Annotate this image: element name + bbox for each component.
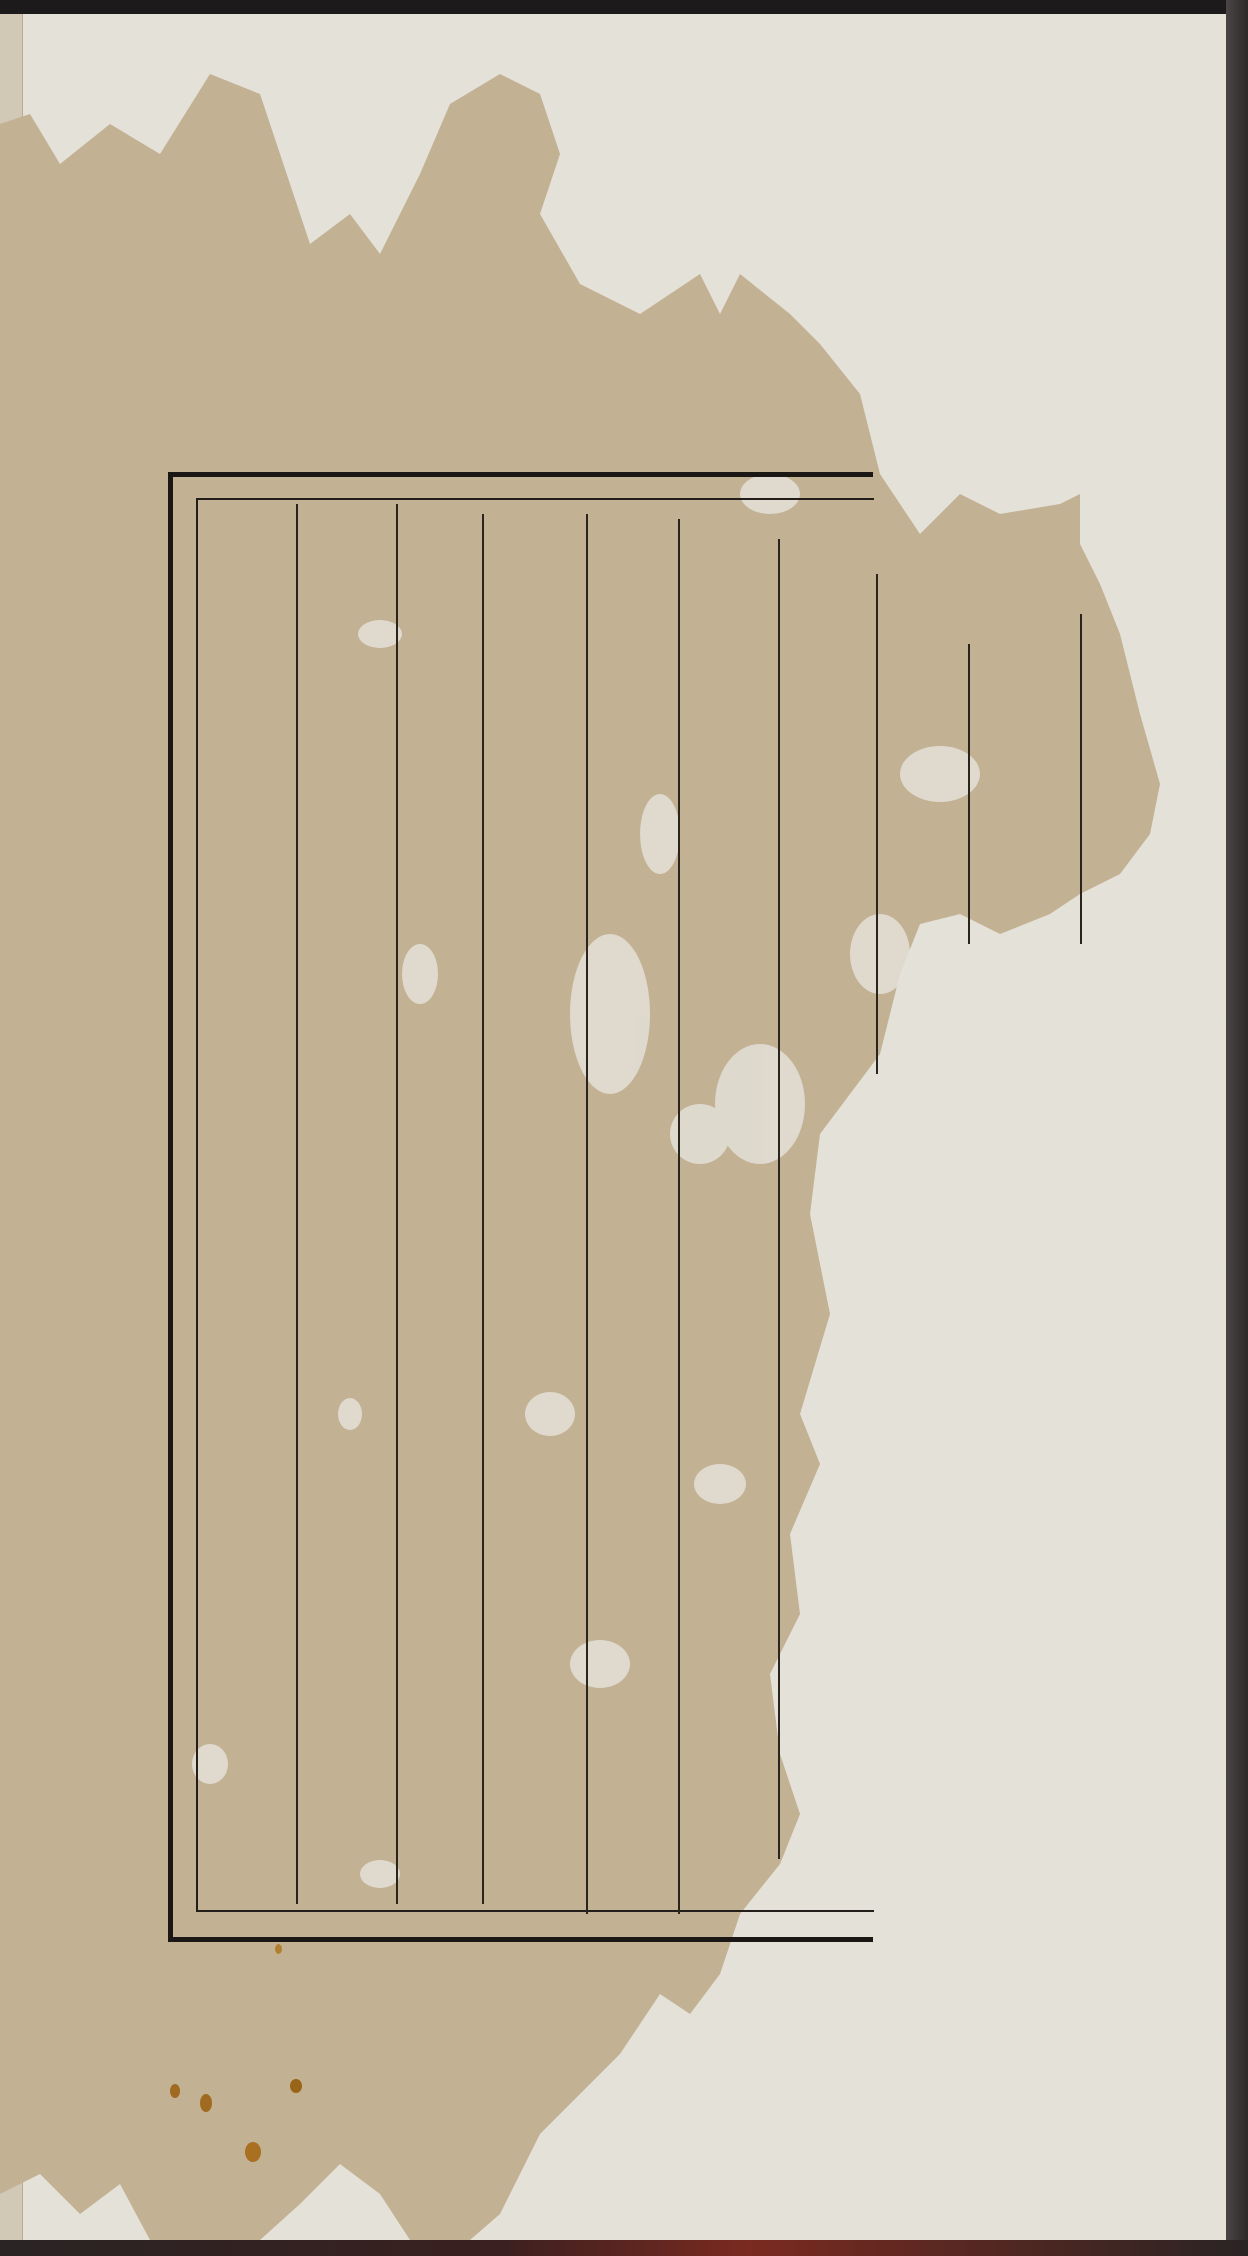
bottom-edge [0,2240,1248,2256]
column-rule [482,514,484,1904]
column-rule [1080,614,1082,944]
scanned-page [0,14,1228,2240]
column-rule [778,539,780,1859]
column-rule [678,519,680,1914]
column-rule [296,504,298,1904]
column-rule [968,644,970,944]
rust-spot [170,2084,180,2098]
rust-spot [275,1944,282,1954]
column-rule [876,574,878,1074]
rust-spot [245,2142,261,2162]
column-rule [586,514,588,1914]
rust-spot [290,2079,302,2093]
right-page-edge [1226,0,1248,2256]
rust-spot [200,2094,212,2112]
column-rule [396,504,398,1904]
